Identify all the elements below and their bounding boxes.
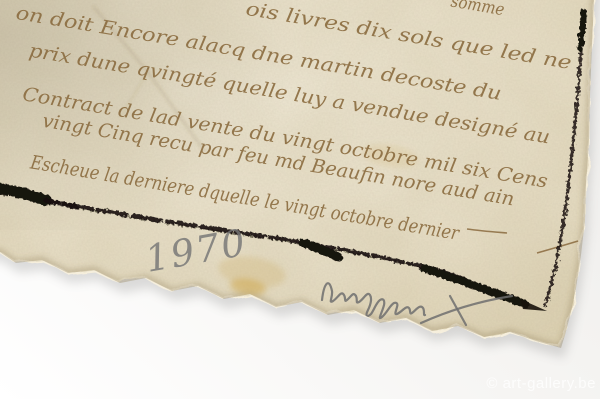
photo-of-manuscript: somme ois livres dix sols que led ne on …: [0, 0, 600, 399]
charcoal-blob-top-right: [580, 12, 584, 48]
manuscript-photo-canvas: somme ois livres dix sols que led ne on …: [0, 0, 600, 399]
watermark-text: © art-gallery.be: [486, 375, 596, 392]
